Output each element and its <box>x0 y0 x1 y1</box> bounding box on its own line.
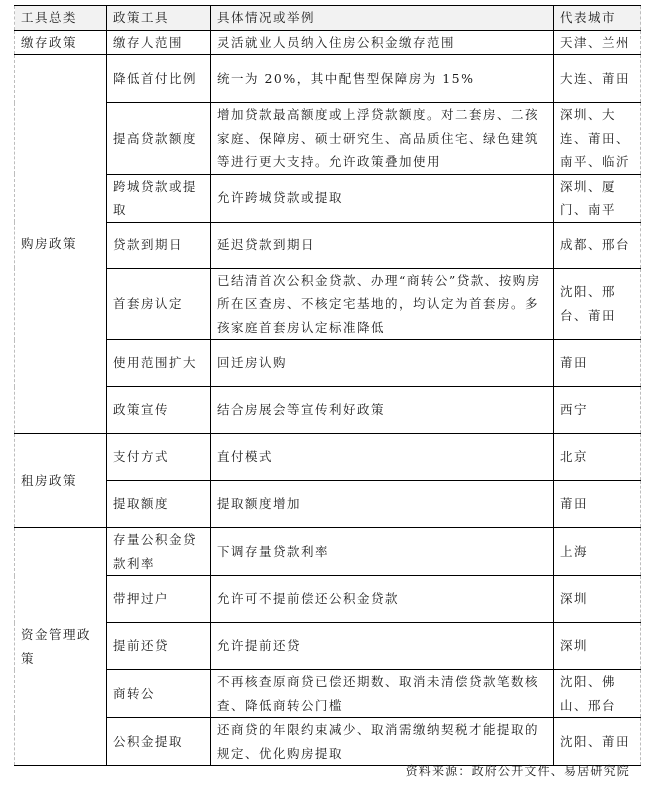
policy-table-container: 工具总类 政策工具 具体情况或举例 代表城市 缴存政策 缴存人范围 灵活就业人员… <box>14 5 640 766</box>
tool-cell: 支付方式 <box>107 434 211 481</box>
detail-cell: 回迁房认购 <box>211 340 554 387</box>
tool-cell: 跨城贷款或提取 <box>107 174 211 222</box>
table-row: 首套房认定 已结清首次公积金贷款、办理“商转公”贷款、按购房所在区查房、不核定宅… <box>15 268 641 340</box>
tool-cell: 商转公 <box>107 670 211 718</box>
table-row: 提取额度 提取额度增加 莆田 <box>15 481 641 528</box>
cities-cell: 北京 <box>554 434 641 481</box>
cities-cell: 莆田 <box>554 340 641 387</box>
tool-cell: 降低首付比例 <box>107 55 211 103</box>
tool-cell: 首套房认定 <box>107 268 211 340</box>
table-row: 使用范围扩大 回迁房认购 莆田 <box>15 340 641 387</box>
table-header-row: 工具总类 政策工具 具体情况或举例 代表城市 <box>15 6 641 31</box>
table-row: 提高贷款额度 增加贷款最高额度或上浮贷款额度。对二套房、二孩家庭、保障房、硕士研… <box>15 103 641 175</box>
detail-cell: 结合房展会等宣传利好政策 <box>211 387 554 434</box>
tool-cell: 使用范围扩大 <box>107 340 211 387</box>
tool-cell: 提取额度 <box>107 481 211 528</box>
detail-cell: 下调存量贷款利率 <box>211 528 554 576</box>
tool-cell: 公积金提取 <box>107 718 211 766</box>
table-row: 政策宣传 结合房展会等宣传利好政策 西宁 <box>15 387 641 434</box>
category-cell: 资金管理政策 <box>15 528 107 766</box>
cities-cell: 天津、兰州 <box>554 30 641 55</box>
table-row: 贷款到期日 延迟贷款到期日 成都、邢台 <box>15 222 641 268</box>
table-row: 购房政策 降低首付比例 统一为 20%，其中配售型保障房为 15% 大连、莆田 <box>15 55 641 103</box>
table-row: 租房政策 支付方式 直付模式 北京 <box>15 434 641 481</box>
category-cell: 缴存政策 <box>15 30 107 55</box>
detail-cell: 还商贷的年限约束减少、取消需缴纳契税才能提取的规定、优化购房提取 <box>211 718 554 766</box>
housing-fund-policy-table: 工具总类 政策工具 具体情况或举例 代表城市 缴存政策 缴存人范围 灵活就业人员… <box>14 5 641 766</box>
cities-cell: 深圳 <box>554 623 641 670</box>
table-row: 缴存政策 缴存人范围 灵活就业人员纳入住房公积金缴存范围 天津、兰州 <box>15 30 641 55</box>
tool-cell: 存量公积金贷款利率 <box>107 528 211 576</box>
category-cell: 购房政策 <box>15 55 107 434</box>
cities-cell: 沈阳、邢台、莆田 <box>554 268 641 340</box>
detail-cell: 提取额度增加 <box>211 481 554 528</box>
category-cell: 租房政策 <box>15 434 107 528</box>
detail-cell: 不再核查原商贷已偿还期数、取消未清偿贷款笔数核查、降低商转公门槛 <box>211 670 554 718</box>
cities-cell: 深圳、大连、莆田、南平、临沂 <box>554 103 641 175</box>
header-cities: 代表城市 <box>554 6 641 31</box>
detail-cell: 允许跨城贷款或提取 <box>211 174 554 222</box>
cities-cell: 上海 <box>554 528 641 576</box>
tool-cell: 政策宣传 <box>107 387 211 434</box>
detail-cell: 已结清首次公积金贷款、办理“商转公”贷款、按购房所在区查房、不核定宅基地的，均认… <box>211 268 554 340</box>
cities-cell: 沈阳、莆田 <box>554 718 641 766</box>
detail-cell: 增加贷款最高额度或上浮贷款额度。对二套房、二孩家庭、保障房、硕士研究生、高品质住… <box>211 103 554 175</box>
table-row: 带押过户 允许可不提前偿还公积金贷款 深圳 <box>15 576 641 623</box>
detail-cell: 统一为 20%，其中配售型保障房为 15% <box>211 55 554 103</box>
detail-cell: 允许可不提前偿还公积金贷款 <box>211 576 554 623</box>
table-row: 公积金提取 还商贷的年限约束减少、取消需缴纳契税才能提取的规定、优化购房提取 沈… <box>15 718 641 766</box>
detail-cell: 延迟贷款到期日 <box>211 222 554 268</box>
cities-cell: 沈阳、佛山、邢台 <box>554 670 641 718</box>
cities-cell: 深圳 <box>554 576 641 623</box>
tool-cell: 提高贷款额度 <box>107 103 211 175</box>
source-note: 资料来源：政府公开文件、易居研究院 <box>406 762 630 779</box>
cities-cell: 莆田 <box>554 481 641 528</box>
cities-cell: 成都、邢台 <box>554 222 641 268</box>
tool-cell: 贷款到期日 <box>107 222 211 268</box>
cities-cell: 西宁 <box>554 387 641 434</box>
table-row: 跨城贷款或提取 允许跨城贷款或提取 深圳、厦门、南平 <box>15 174 641 222</box>
cities-cell: 深圳、厦门、南平 <box>554 174 641 222</box>
table-row: 提前还贷 允许提前还贷 深圳 <box>15 623 641 670</box>
detail-cell: 灵活就业人员纳入住房公积金缴存范围 <box>211 30 554 55</box>
header-category: 工具总类 <box>15 6 107 31</box>
table-row: 商转公 不再核查原商贷已偿还期数、取消未清偿贷款笔数核查、降低商转公门槛 沈阳、… <box>15 670 641 718</box>
tool-cell: 缴存人范围 <box>107 30 211 55</box>
table-row: 资金管理政策 存量公积金贷款利率 下调存量贷款利率 上海 <box>15 528 641 576</box>
header-detail: 具体情况或举例 <box>211 6 554 31</box>
tool-cell: 提前还贷 <box>107 623 211 670</box>
header-tool: 政策工具 <box>107 6 211 31</box>
detail-cell: 直付模式 <box>211 434 554 481</box>
detail-cell: 允许提前还贷 <box>211 623 554 670</box>
cities-cell: 大连、莆田 <box>554 55 641 103</box>
tool-cell: 带押过户 <box>107 576 211 623</box>
